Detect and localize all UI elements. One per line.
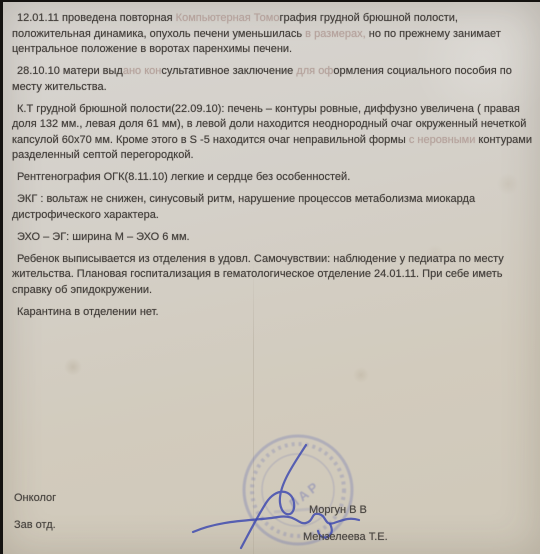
paragraph: Ребенок выписывается из отделения в удов…	[12, 252, 533, 299]
text-segment: сультативное заключение	[161, 65, 296, 77]
document-text: 12.01.11 проведена повторная Компьютерна…	[12, 11, 533, 327]
text-segment: 28.10.10 матери выд	[17, 65, 123, 77]
signature-stroke-flourish	[193, 514, 359, 532]
signature-stroke-main	[241, 445, 306, 548]
paragraph: К.Т грудной брюшной полости(22.09.10): п…	[12, 102, 533, 164]
paragraph: 28.10.10 матери выдано консультативное з…	[12, 64, 533, 95]
doctor-name-morgun: Моргун В В	[309, 504, 367, 516]
paper: 12.01.11 проведена повторная Компьютерна…	[3, 2, 540, 554]
document-photo: 12.01.11 проведена повторная Компьютерна…	[0, 0, 540, 554]
text-segment: ано кон	[123, 65, 162, 77]
paragraph: ЭХО – ЭГ: ширина М – ЭХО 6 мм.	[12, 230, 533, 246]
text-segment: Рентгенография ОГК(8.11.10) легкие и сер…	[17, 171, 350, 183]
paragraph: 12.01.11 проведена повторная Компьютерна…	[12, 11, 533, 58]
text-segment: Карантина в отделении нет.	[17, 306, 159, 318]
text-segment: ЭКГ : вольтаж не снижен, синусовый ритм,…	[12, 193, 475, 221]
paragraph: Рентгенография ОГК(8.11.10) легкие и сер…	[12, 170, 533, 186]
role-label-head-of-department: Зав отд.	[14, 519, 56, 531]
role-label-oncologist: Онколог	[14, 492, 56, 504]
text-segment: Ребенок выписывается из отделения в удов…	[12, 253, 504, 296]
text-segment: с неровными	[409, 134, 476, 146]
doctor-name-menzeleeva: Мензелеева Т.Е.	[303, 531, 388, 543]
paragraph: Карантина в отделении нет.	[12, 305, 533, 321]
text-segment: ЭХО – ЭГ: ширина М – ЭХО 6 мм.	[17, 231, 190, 243]
text-segment: для оф	[296, 65, 333, 77]
text-segment: Компьютерная Томо	[176, 12, 280, 24]
paragraph: ЭКГ : вольтаж не снижен, синусовый ритм,…	[12, 192, 533, 223]
text-segment: 12.01.11 проведена повторная	[17, 12, 176, 24]
text-segment: в размерах,	[305, 28, 366, 40]
